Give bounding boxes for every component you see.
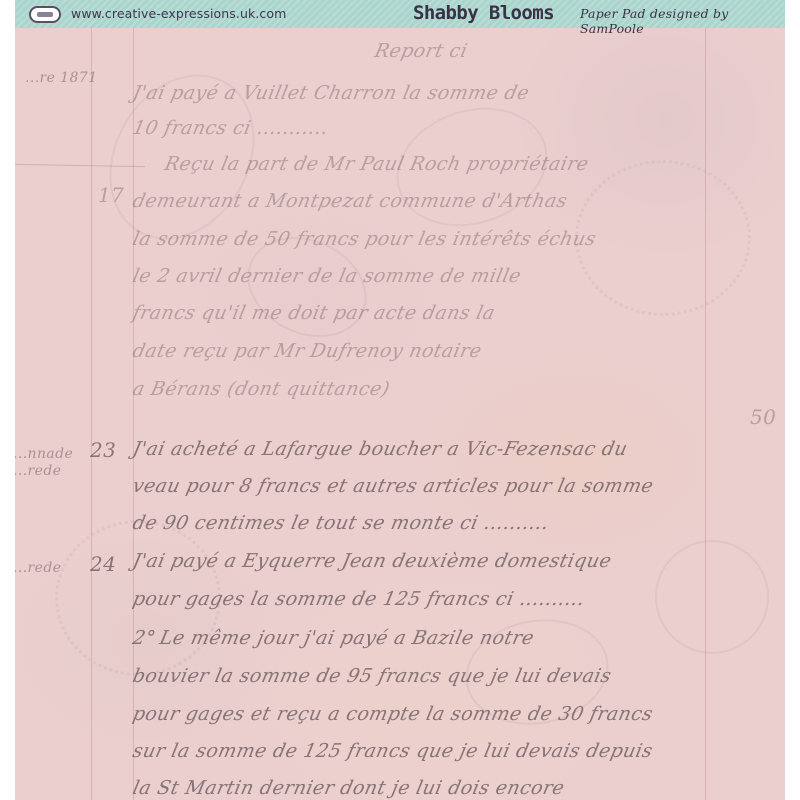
handwritten-line: Report ci <box>373 40 470 62</box>
line-prefix: 2° <box>131 627 158 649</box>
margin-note: ...rede <box>15 463 61 479</box>
handwritten-line: J'ai payé a Eyquerre Jean deuxième domes… <box>131 550 614 572</box>
handwritten-line: Reçu la part de Mr Paul Roch propriétair… <box>163 153 591 175</box>
right-margin-value: 50 <box>750 405 776 429</box>
handwritten-line: le 2 avril dernier de la somme de mille <box>131 265 524 287</box>
header-band: www.creative-expressions.uk.com Shabby B… <box>15 0 785 28</box>
handwritten-line: 10 francs ci ........... <box>131 117 331 139</box>
handwritten-line: la somme de 50 francs pour les intérêts … <box>131 228 599 250</box>
handwritten-line: pour gages et reçu a compte la somme de … <box>131 703 655 725</box>
creative-expressions-logo-icon <box>29 6 61 23</box>
brand-title: Shabby Blooms <box>413 2 554 24</box>
handwritten-line: la St Martin dernier dont je lui dois en… <box>131 777 567 799</box>
handwritten-line: sur la somme de 125 francs que je lui de… <box>131 740 655 762</box>
handwritten-line: demeurant a Montpezat commune d'Arthas <box>131 190 570 212</box>
margin-rule-right <box>705 28 706 800</box>
margin-note: ...nnade <box>15 446 73 462</box>
margin-number: 24 <box>90 552 116 576</box>
handwritten-line: a Bérans (dont quittance) <box>131 378 392 400</box>
date-fragment: ...re 1871 <box>25 70 97 86</box>
paper-sheet: www.creative-expressions.uk.com Shabby B… <box>15 0 785 800</box>
handwritten-line: de 90 centimes le tout se monte ci .....… <box>131 512 551 534</box>
handwritten-line: J'ai payé a Vuillet Charron la somme de <box>131 82 532 104</box>
designer-tagline: Paper Pad designed by SamPoole <box>580 6 785 36</box>
handwritten-line: pour gages la somme de 125 francs ci ...… <box>131 588 587 610</box>
handwritten-line: francs qu'il me doit par acte dans la <box>131 302 497 324</box>
handwritten-line: J'ai acheté a Lafargue boucher a Vic-Fez… <box>131 438 630 460</box>
swirl-ornament <box>655 540 769 654</box>
margin-number: 23 <box>90 438 116 462</box>
margin-rule-left <box>91 28 92 800</box>
margin-note: ...rede <box>15 560 61 576</box>
handwritten-line: date reçu par Mr Dufrenoy notaire <box>131 340 484 362</box>
handwritten-line: veau pour 8 francs et autres articles po… <box>131 475 656 497</box>
website-url: www.creative-expressions.uk.com <box>71 6 286 21</box>
handwritten-line: bouvier la somme de 95 francs que je lui… <box>131 665 614 687</box>
dotted-medallion-ornament <box>575 160 751 316</box>
handwritten-line: Le même jour j'ai payé a Bazile notre <box>158 627 536 649</box>
margin-number: 17 <box>98 183 124 207</box>
